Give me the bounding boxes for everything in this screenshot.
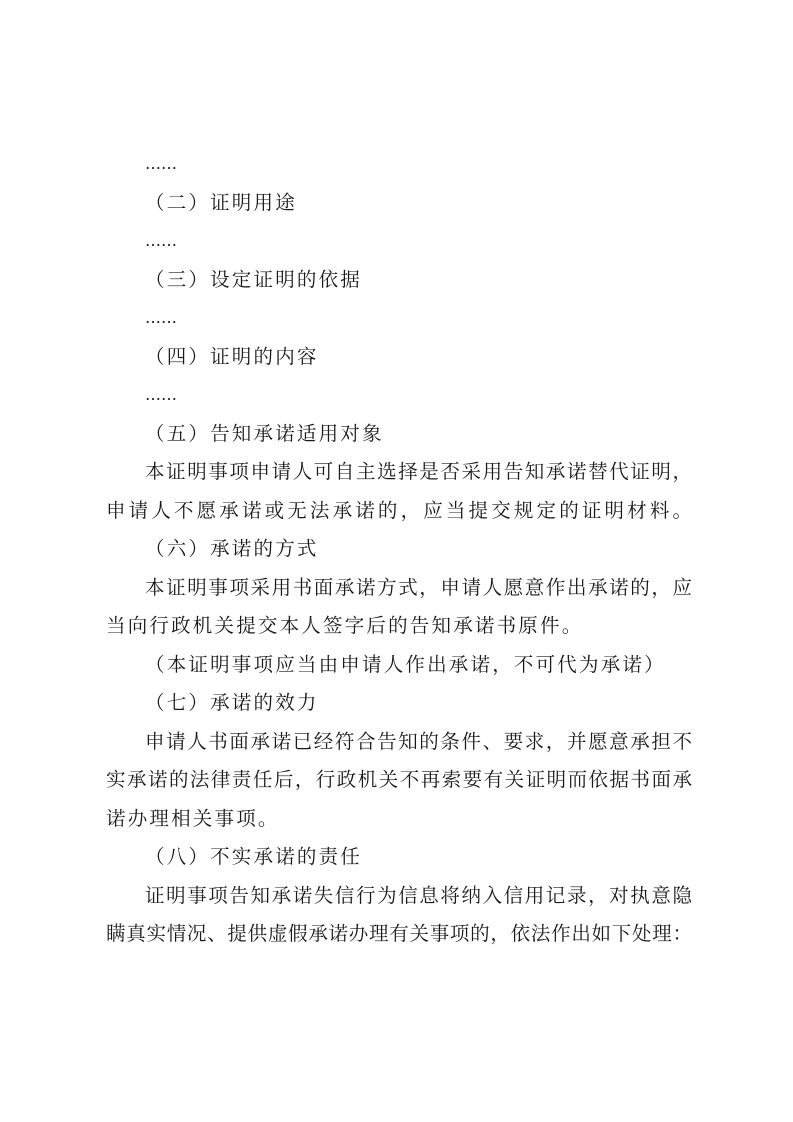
section-heading-commitment-method: （六）承诺的方式 (145, 537, 692, 561)
section-heading-usage: （二）证明用途 (145, 191, 692, 215)
section-heading-commitment-effect: （七）承诺的效力 (145, 691, 692, 715)
document-page: …… （二）证明用途 …… （三）设定证明的依据 …… （四）证明的内容 …… … (0, 0, 793, 1122)
ellipsis: …… (145, 229, 692, 253)
paragraph-line: 申请人不愿承诺或无法承诺的，应当提交规定的证明材料。 (106, 499, 692, 523)
note-line: （本证明事项应当由申请人作出承诺，不可代为承诺） (145, 653, 692, 677)
ellipsis: …… (145, 383, 692, 407)
paragraph-line: 瞒真实情况、提供虚假承诺办理有关事项的，依法作出如下处理： (106, 922, 692, 946)
section-heading-applicable-objects: （五）告知承诺适用对象 (145, 422, 692, 446)
section-heading-false-commitment-liability: （八）不实承诺的责任 (145, 845, 692, 869)
paragraph-line: 诺办理相关事项。 (106, 807, 692, 831)
paragraph-line: 实承诺的法律责任后，行政机关不再索要有关证明而依据书面承 (106, 768, 692, 792)
paragraph-line: 证明事项告知承诺失信行为信息将纳入信用记录，对执意隐 (145, 884, 692, 908)
paragraph-line: 当向行政机关提交本人签字后的告知承诺书原件。 (106, 614, 692, 638)
paragraph-line: 本证明事项申请人可自主选择是否采用告知承诺替代证明， (145, 460, 692, 484)
ellipsis: …… (145, 152, 692, 176)
section-heading-content: （四）证明的内容 (145, 345, 692, 369)
section-heading-basis: （三）设定证明的依据 (145, 268, 692, 292)
ellipsis: …… (145, 306, 692, 330)
paragraph-line: 本证明事项采用书面承诺方式，申请人愿意作出承诺的，应 (145, 576, 692, 600)
paragraph-line: 申请人书面承诺已经符合告知的条件、要求，并愿意承担不 (145, 730, 692, 754)
